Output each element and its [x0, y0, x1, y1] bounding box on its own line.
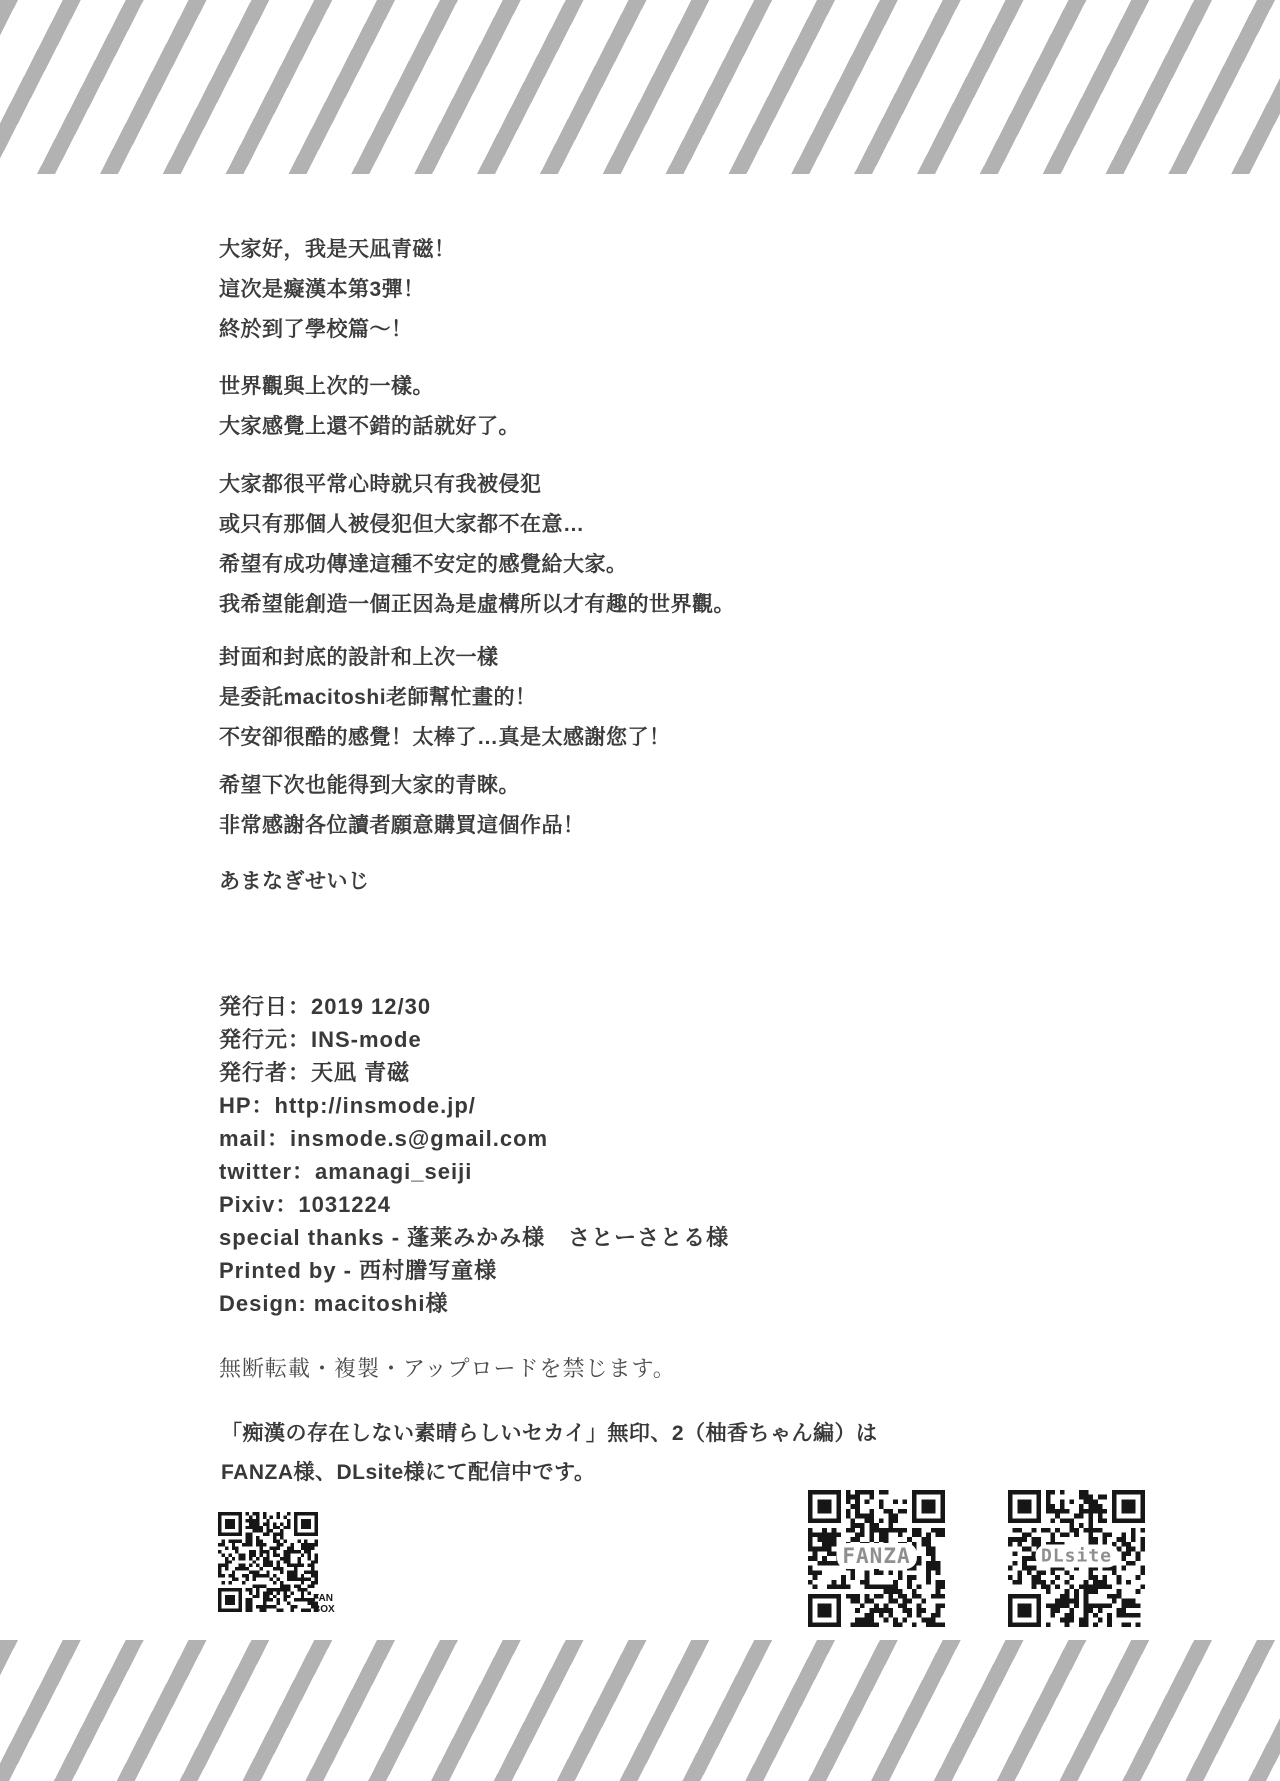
store-promo: 「痴漢の存在しない素晴らしいセカイ」無印、2（柚香ちゃん編）は FANZA様、D… [221, 1414, 878, 1492]
afterword-paragraph: 希望下次也能得到大家的青睞。 非常感謝各位讀者願意購買這個作品！ [219, 766, 585, 846]
afterword-line: 是委託macitoshi老師幫忙畫的！ [219, 678, 671, 718]
afterword-paragraph: 大家都很平常心時就只有我被侵犯 或只有那個人被侵犯但大家都不在意… 希望有成功傳… [219, 465, 735, 625]
afterword-line: 希望有成功傳達這種不安定的感覺給大家。 [219, 545, 735, 585]
top-diagonal-stripe-band [0, 0, 1280, 174]
colophon-line-design: Design: macitoshi様 [219, 1287, 729, 1320]
afterword-line: 這次是癡漢本第3彈！ [219, 270, 456, 310]
colophon-line-special-thanks: special thanks - 蓬莱みかみ様 さとーさとる様 [219, 1221, 729, 1254]
colophon-line-mail: mail：insmode.s@gmail.com [219, 1122, 729, 1155]
colophon-line-author: 発行者：天凪 青磁 [219, 1056, 729, 1089]
qr-code-fanbox [218, 1512, 318, 1612]
colophon-line-publish-date: 発行日：2019 12/30 [219, 990, 729, 1023]
qr-code-fanza: FANZA [808, 1490, 945, 1627]
afterword-line: 不安卻很酷的感覺！太棒了…真是太感謝您了！ [219, 718, 671, 758]
afterword-paragraph: 世界觀與上次的一樣。 大家感覺上還不錯的話就好了。 [219, 367, 520, 447]
colophon-line-hp: HP：http://insmode.jp/ [219, 1089, 729, 1122]
qr-fanbox-label-line: FAN [313, 1593, 335, 1604]
afterword-line: 非常感謝各位讀者願意購買這個作品！ [219, 806, 585, 846]
colophon-line-publisher: 発行元：INS-mode [219, 1023, 729, 1056]
afterword-line: 希望下次也能得到大家的青睞。 [219, 766, 585, 806]
author-signature: あまなぎせいじ [219, 862, 370, 902]
qr-fanbox-label: FAN BOX [313, 1593, 335, 1615]
colophon-line-printed-by: Printed by - 西村謄写童様 [219, 1254, 729, 1287]
doujin-afterword-page: 大家好，我是天凪青磁！ 這次是癡漢本第3彈！ 終於到了學校篇～！ 世界觀與上次的… [0, 0, 1280, 1781]
qr-code-dlsite: DLsite [1008, 1490, 1145, 1627]
afterword-line: 世界觀與上次的一樣。 [219, 367, 520, 407]
colophon-line-pixiv: Pixiv：1031224 [219, 1188, 729, 1221]
qr-fanbox-icon [218, 1512, 318, 1612]
promo-line: FANZA様、DLsite様にて配信中です。 [221, 1453, 878, 1492]
bottom-diagonal-stripe-band [0, 1640, 1280, 1781]
qr-dlsite-label: DLsite [1035, 1544, 1118, 1567]
copyright-notice: 無断転載・複製・アップロードを禁じます。 [219, 1352, 676, 1383]
afterword-line: 封面和封底的設計和上次一樣 [219, 638, 671, 678]
afterword-paragraph: 封面和封底的設計和上次一樣 是委託macitoshi老師幫忙畫的！ 不安卻很酷的… [219, 638, 671, 758]
afterword-line: 大家好，我是天凪青磁！ [219, 230, 456, 270]
qr-fanza-label: FANZA [836, 1543, 916, 1569]
colophon-line-twitter: twitter：amanagi_seiji [219, 1155, 729, 1188]
afterword-line: 大家感覺上還不錯的話就好了。 [219, 407, 520, 447]
afterword-line: 大家都很平常心時就只有我被侵犯 [219, 465, 735, 505]
afterword-line: 終於到了學校篇～！ [219, 310, 456, 350]
afterword-line: 我希望能創造一個正因為是虛構所以才有趣的世界觀。 [219, 585, 735, 625]
afterword-line: あまなぎせいじ [219, 862, 370, 902]
colophon: 発行日：2019 12/30 発行元：INS-mode 発行者：天凪 青磁 HP… [219, 990, 729, 1320]
qr-fanbox-label-line: BOX [313, 1604, 335, 1615]
afterword-line: 或只有那個人被侵犯但大家都不在意… [219, 505, 735, 545]
promo-line: 「痴漢の存在しない素晴らしいセカイ」無印、2（柚香ちゃん編）は [221, 1414, 878, 1453]
afterword-paragraph: 大家好，我是天凪青磁！ 這次是癡漢本第3彈！ 終於到了學校篇～！ [219, 230, 456, 350]
